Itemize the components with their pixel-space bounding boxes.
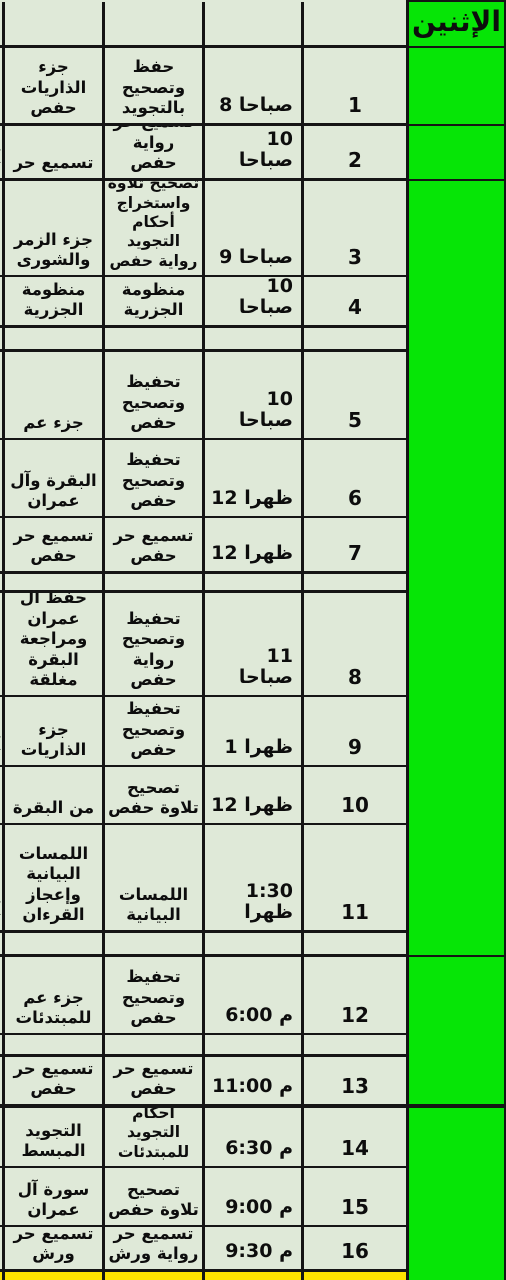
session-number-cell[interactable]: 12 <box>304 957 406 1033</box>
table-row: جزء عم للمبتدئات تحفيظ وتصحيح حفص 6:00 م… <box>0 957 406 1035</box>
empty-cell[interactable] <box>205 933 304 954</box>
time-cell[interactable]: 10 صباحا <box>205 277 304 325</box>
session-number-cell[interactable]: 2 <box>304 126 406 178</box>
monday-cell[interactable] <box>409 126 504 181</box>
content-cell[interactable]: جزء الذاريات <box>5 697 105 765</box>
time-cell[interactable]: 9:30 م <box>205 1227 304 1269</box>
content-cell[interactable]: جزء عم للمبتدئات <box>5 957 105 1033</box>
session-number-cell[interactable]: 9 <box>304 697 406 765</box>
content-cell[interactable]: جزء الزمر والشورى <box>5 181 105 275</box>
empty-header-cell[interactable] <box>5 2 105 45</box>
empty-cell <box>105 1272 205 1280</box>
activity-cell[interactable]: تسميع حر رواية حفص <box>105 126 205 178</box>
activity-cell[interactable]: تحفيظ وتصحيح حفص <box>105 352 205 438</box>
time-cell[interactable]: 6:00 م <box>205 957 304 1033</box>
activity-cell[interactable]: منظومة الجزرية <box>105 277 205 325</box>
content-cell[interactable]: تسميع حر ورش <box>5 1227 105 1269</box>
activity-cell[interactable]: تسميع حر حفص <box>105 518 205 571</box>
spacer-row <box>0 328 406 352</box>
activity-cell[interactable]: تصحيح تلاوة واستخراج أحكام التجويد رواية… <box>105 181 205 275</box>
empty-cell[interactable] <box>5 1035 105 1054</box>
empty-cell[interactable] <box>205 1035 304 1054</box>
empty-cell <box>205 1272 304 1280</box>
weekday-header-cell[interactable]: الإثنين <box>409 0 504 48</box>
empty-cell[interactable] <box>205 574 304 590</box>
activity-cell[interactable]: حفظ وتصحيح بالتجويد <box>105 48 205 123</box>
table-row: البقرة وآل عمران تحفيظ وتصحيح حفص 12 ظهر… <box>0 440 406 518</box>
monday-cell[interactable] <box>409 957 504 1108</box>
time-cell[interactable]: صباحا 9 <box>205 181 304 275</box>
monday-cell[interactable] <box>409 1108 504 1280</box>
table-row: تسميع حر ورش تسميع حر رواية ورش 9:30 م 1… <box>0 1227 406 1272</box>
empty-cell[interactable] <box>205 328 304 349</box>
activity-cell[interactable]: أحكام التجويد للمبتدئات <box>105 1108 205 1166</box>
session-number-cell[interactable]: 1 <box>304 48 406 123</box>
empty-cell[interactable] <box>304 933 406 954</box>
content-cell[interactable]: منظومة الجزرية <box>5 277 105 325</box>
session-number-cell[interactable]: 11 <box>304 825 406 930</box>
empty-cell <box>5 1272 105 1280</box>
activity-cell[interactable]: تصحيح تلاوة حفص <box>105 767 205 823</box>
monday-cell[interactable] <box>409 48 504 126</box>
session-number-cell[interactable]: 15 <box>304 1168 406 1225</box>
empty-cell[interactable] <box>5 328 105 349</box>
empty-cell[interactable] <box>5 933 105 954</box>
time-cell[interactable]: 12 ظهرا <box>205 518 304 571</box>
activity-cell[interactable]: تصحيح تلاوة حفص <box>105 1168 205 1225</box>
time-cell[interactable]: 1:30 ظهرا <box>205 825 304 930</box>
content-cell[interactable]: اللمسات البيانية وإعجاز القرءان <box>5 825 105 930</box>
empty-cell[interactable] <box>105 1035 205 1054</box>
content-cell[interactable]: سورة آل عمران <box>5 1168 105 1225</box>
activity-cell[interactable]: تسميع حر رواية ورش <box>105 1227 205 1269</box>
spacer-row <box>0 1035 406 1057</box>
monday-column: الإثنين <box>406 0 506 1280</box>
table-row: جزء عم تحفيظ وتصحيح حفص 10 صباحا 5 <box>0 352 406 440</box>
time-cell[interactable]: 12 ظهرا <box>205 440 304 516</box>
session-number-cell[interactable]: 8 <box>304 593 406 695</box>
header-row <box>0 2 406 48</box>
session-number-cell[interactable]: 14 <box>304 1108 406 1166</box>
spacer-row <box>0 574 406 593</box>
table-row: ( جزء الذاريات تحفيظ وتصحيح حفص 1 ظهرا 9 <box>0 697 406 767</box>
activity-cell[interactable]: تحفيظ وتصحيح حفص <box>105 697 205 765</box>
empty-cell[interactable] <box>304 328 406 349</box>
spacer-row <box>0 933 406 957</box>
table-row: تسميع حر حفص تسميع حر حفص 12 ظهرا 7 <box>0 518 406 574</box>
session-number-cell[interactable]: 10 <box>304 767 406 823</box>
time-cell[interactable]: 10 صباحا <box>205 126 304 178</box>
activity-cell[interactable]: اللمسات البيانية <box>105 825 205 930</box>
content-cell[interactable]: البقرة وآل عمران <box>5 440 105 516</box>
empty-cell[interactable] <box>304 574 406 590</box>
empty-header-cell[interactable] <box>304 2 406 45</box>
content-cell[interactable]: تسميع حر حفص <box>5 1057 105 1104</box>
table-row: من البقرة تصحيح تلاوة حفص 12 ظهرا 10 <box>0 767 406 825</box>
table-row: جزء الذاريات حفص حفظ وتصحيح بالتجويد 8 ص… <box>0 48 406 126</box>
table-row: ( اللمسات البيانية وإعجاز القرءان اللمسا… <box>0 825 406 933</box>
session-number-cell[interactable]: 3 <box>304 181 406 275</box>
session-number-cell[interactable]: 13 <box>304 1057 406 1104</box>
empty-header-cell[interactable] <box>205 2 304 45</box>
table-row: جزء الزمر والشورى تصحيح تلاوة واستخراج أ… <box>0 181 406 277</box>
empty-cell[interactable] <box>304 1035 406 1054</box>
session-number-cell[interactable]: 16 <box>304 1227 406 1269</box>
table-row: حفظ آل عمران ومراجعة البقرة مغلقة تحفيظ … <box>0 593 406 697</box>
empty-cell <box>304 1272 406 1280</box>
content-cell[interactable]: التجويد المبسط <box>5 1108 105 1166</box>
monday-cell[interactable] <box>409 181 504 957</box>
empty-header-cell[interactable] <box>105 2 205 45</box>
activity-cell[interactable]: تحفيظ وتصحيح حفص <box>105 957 205 1033</box>
table-row: تسميع حر حفص تسميع حر حفص 11:00 م 13 <box>0 1057 406 1108</box>
content-cell[interactable]: تسميع حر <box>5 126 105 178</box>
content-cell[interactable]: جزء عم <box>5 352 105 438</box>
time-cell[interactable]: 12 ظهرا <box>205 767 304 823</box>
time-cell[interactable]: 1 ظهرا <box>205 697 304 765</box>
table-row: سورة آل عمران تصحيح تلاوة حفص 9:00 م 15 <box>0 1168 406 1227</box>
schedule-grid: جزء الذاريات حفص حفظ وتصحيح بالتجويد 8 ص… <box>0 0 406 1280</box>
content-cell[interactable]: من البقرة <box>5 767 105 823</box>
content-cell[interactable]: جزء الذاريات حفص <box>5 48 105 123</box>
content-cell[interactable]: حفظ آل عمران ومراجعة البقرة مغلقة <box>5 593 105 695</box>
schedule-sheet: جزء الذاريات حفص حفظ وتصحيح بالتجويد 8 ص… <box>0 0 506 1280</box>
session-number-cell[interactable]: 6 <box>304 440 406 516</box>
time-cell[interactable]: 11 صباحا <box>205 593 304 695</box>
empty-cell[interactable] <box>105 574 205 590</box>
empty-cell[interactable] <box>5 574 105 590</box>
activity-cell[interactable]: تحفيظ وتصحيح رواية حفص <box>105 593 205 695</box>
content-cell[interactable]: تسميع حر حفص <box>5 518 105 571</box>
session-number-cell[interactable]: 4 <box>304 277 406 325</box>
time-cell[interactable]: 11:00 م <box>205 1057 304 1104</box>
activity-cell[interactable]: تسميع حر حفص <box>105 1057 205 1104</box>
time-cell[interactable]: 9:00 م <box>205 1168 304 1225</box>
time-cell[interactable]: 6:30 م <box>205 1108 304 1166</box>
session-number-cell[interactable]: 5 <box>304 352 406 438</box>
empty-cell[interactable] <box>105 933 205 954</box>
empty-cell[interactable] <box>105 328 205 349</box>
table-row: منظومة الجزرية منظومة الجزرية 10 صباحا 4 <box>0 277 406 328</box>
yellow-strip-row <box>0 1272 406 1280</box>
session-number-cell[interactable]: 7 <box>304 518 406 571</box>
time-cell[interactable]: 8 صباحا <box>205 48 304 123</box>
table-row: التجويد المبسط أحكام التجويد للمبتدئات 6… <box>0 1108 406 1168</box>
table-row: ( تسميع حر تسميع حر رواية حفص 10 صباحا 2 <box>0 126 406 181</box>
activity-cell[interactable]: تحفيظ وتصحيح حفص <box>105 440 205 516</box>
time-cell[interactable]: 10 صباحا <box>205 352 304 438</box>
